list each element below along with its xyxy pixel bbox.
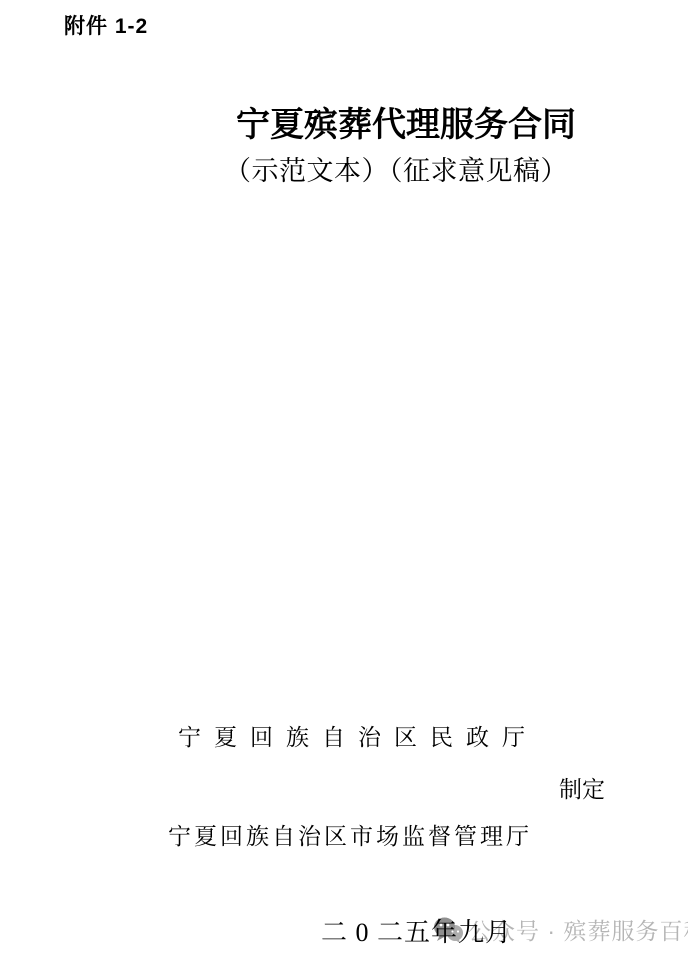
document-page: 附件 1-2 宁夏殡葬代理服务合同 （示范文本）（征求意见稿） 宁夏回族自治区民… — [0, 0, 688, 961]
document-subtitle: （示范文本）（征求意见稿） — [224, 149, 568, 188]
document-title: 宁夏殡葬代理服务合同 — [236, 97, 576, 146]
issuing-org-market-supervision: 宁夏回族自治区市场监督管理厅 — [168, 818, 532, 851]
made-by-label: 制定 — [559, 771, 605, 804]
attachment-label: 附件 1-2 — [64, 10, 148, 40]
issuing-org-civil-affairs: 宁夏回族自治区民政厅 — [178, 719, 538, 752]
publication-date: 二 0 二五年九月 — [321, 912, 512, 949]
